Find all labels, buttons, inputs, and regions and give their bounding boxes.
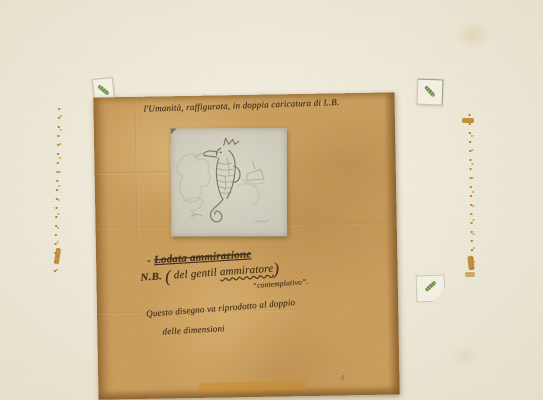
kraft-paper: l'Umanità, raffigurata, in doppia carica… bbox=[93, 92, 399, 399]
mount-tab-top-right bbox=[417, 79, 444, 106]
signature-mark bbox=[255, 220, 269, 222]
note-prefix: N.B. bbox=[140, 270, 162, 283]
photograph-of-mounted-drawing: l'Umanità, raffigurata, in doppia carica… bbox=[0, 0, 543, 400]
glue-blob bbox=[465, 272, 475, 277]
green-hatch-mark-icon bbox=[423, 85, 435, 97]
stain bbox=[448, 345, 480, 369]
green-hatch-mark-icon bbox=[424, 280, 436, 292]
note-body: del gentil bbox=[170, 266, 220, 281]
instruction-line-1: Questo disegno va riprodotto al doppio bbox=[146, 297, 296, 319]
note-dash: - bbox=[147, 255, 152, 267]
inscription-top: l'Umanità, raffigurata, in doppia carica… bbox=[143, 97, 339, 114]
instruction-line-2: delle dimensioni bbox=[162, 323, 225, 336]
glue-blob bbox=[462, 118, 474, 123]
seahorse-sketch-icon bbox=[171, 128, 287, 236]
drawing-sheet bbox=[171, 128, 287, 236]
tape-residue-band bbox=[198, 381, 306, 392]
crease-vertical bbox=[134, 97, 139, 242]
green-hatch-mark-icon bbox=[97, 84, 110, 95]
stain bbox=[455, 20, 491, 50]
page-mark: 4 bbox=[340, 373, 344, 382]
paren-close: ) bbox=[273, 259, 280, 278]
note-emphasis: ammiratore bbox=[219, 263, 273, 279]
